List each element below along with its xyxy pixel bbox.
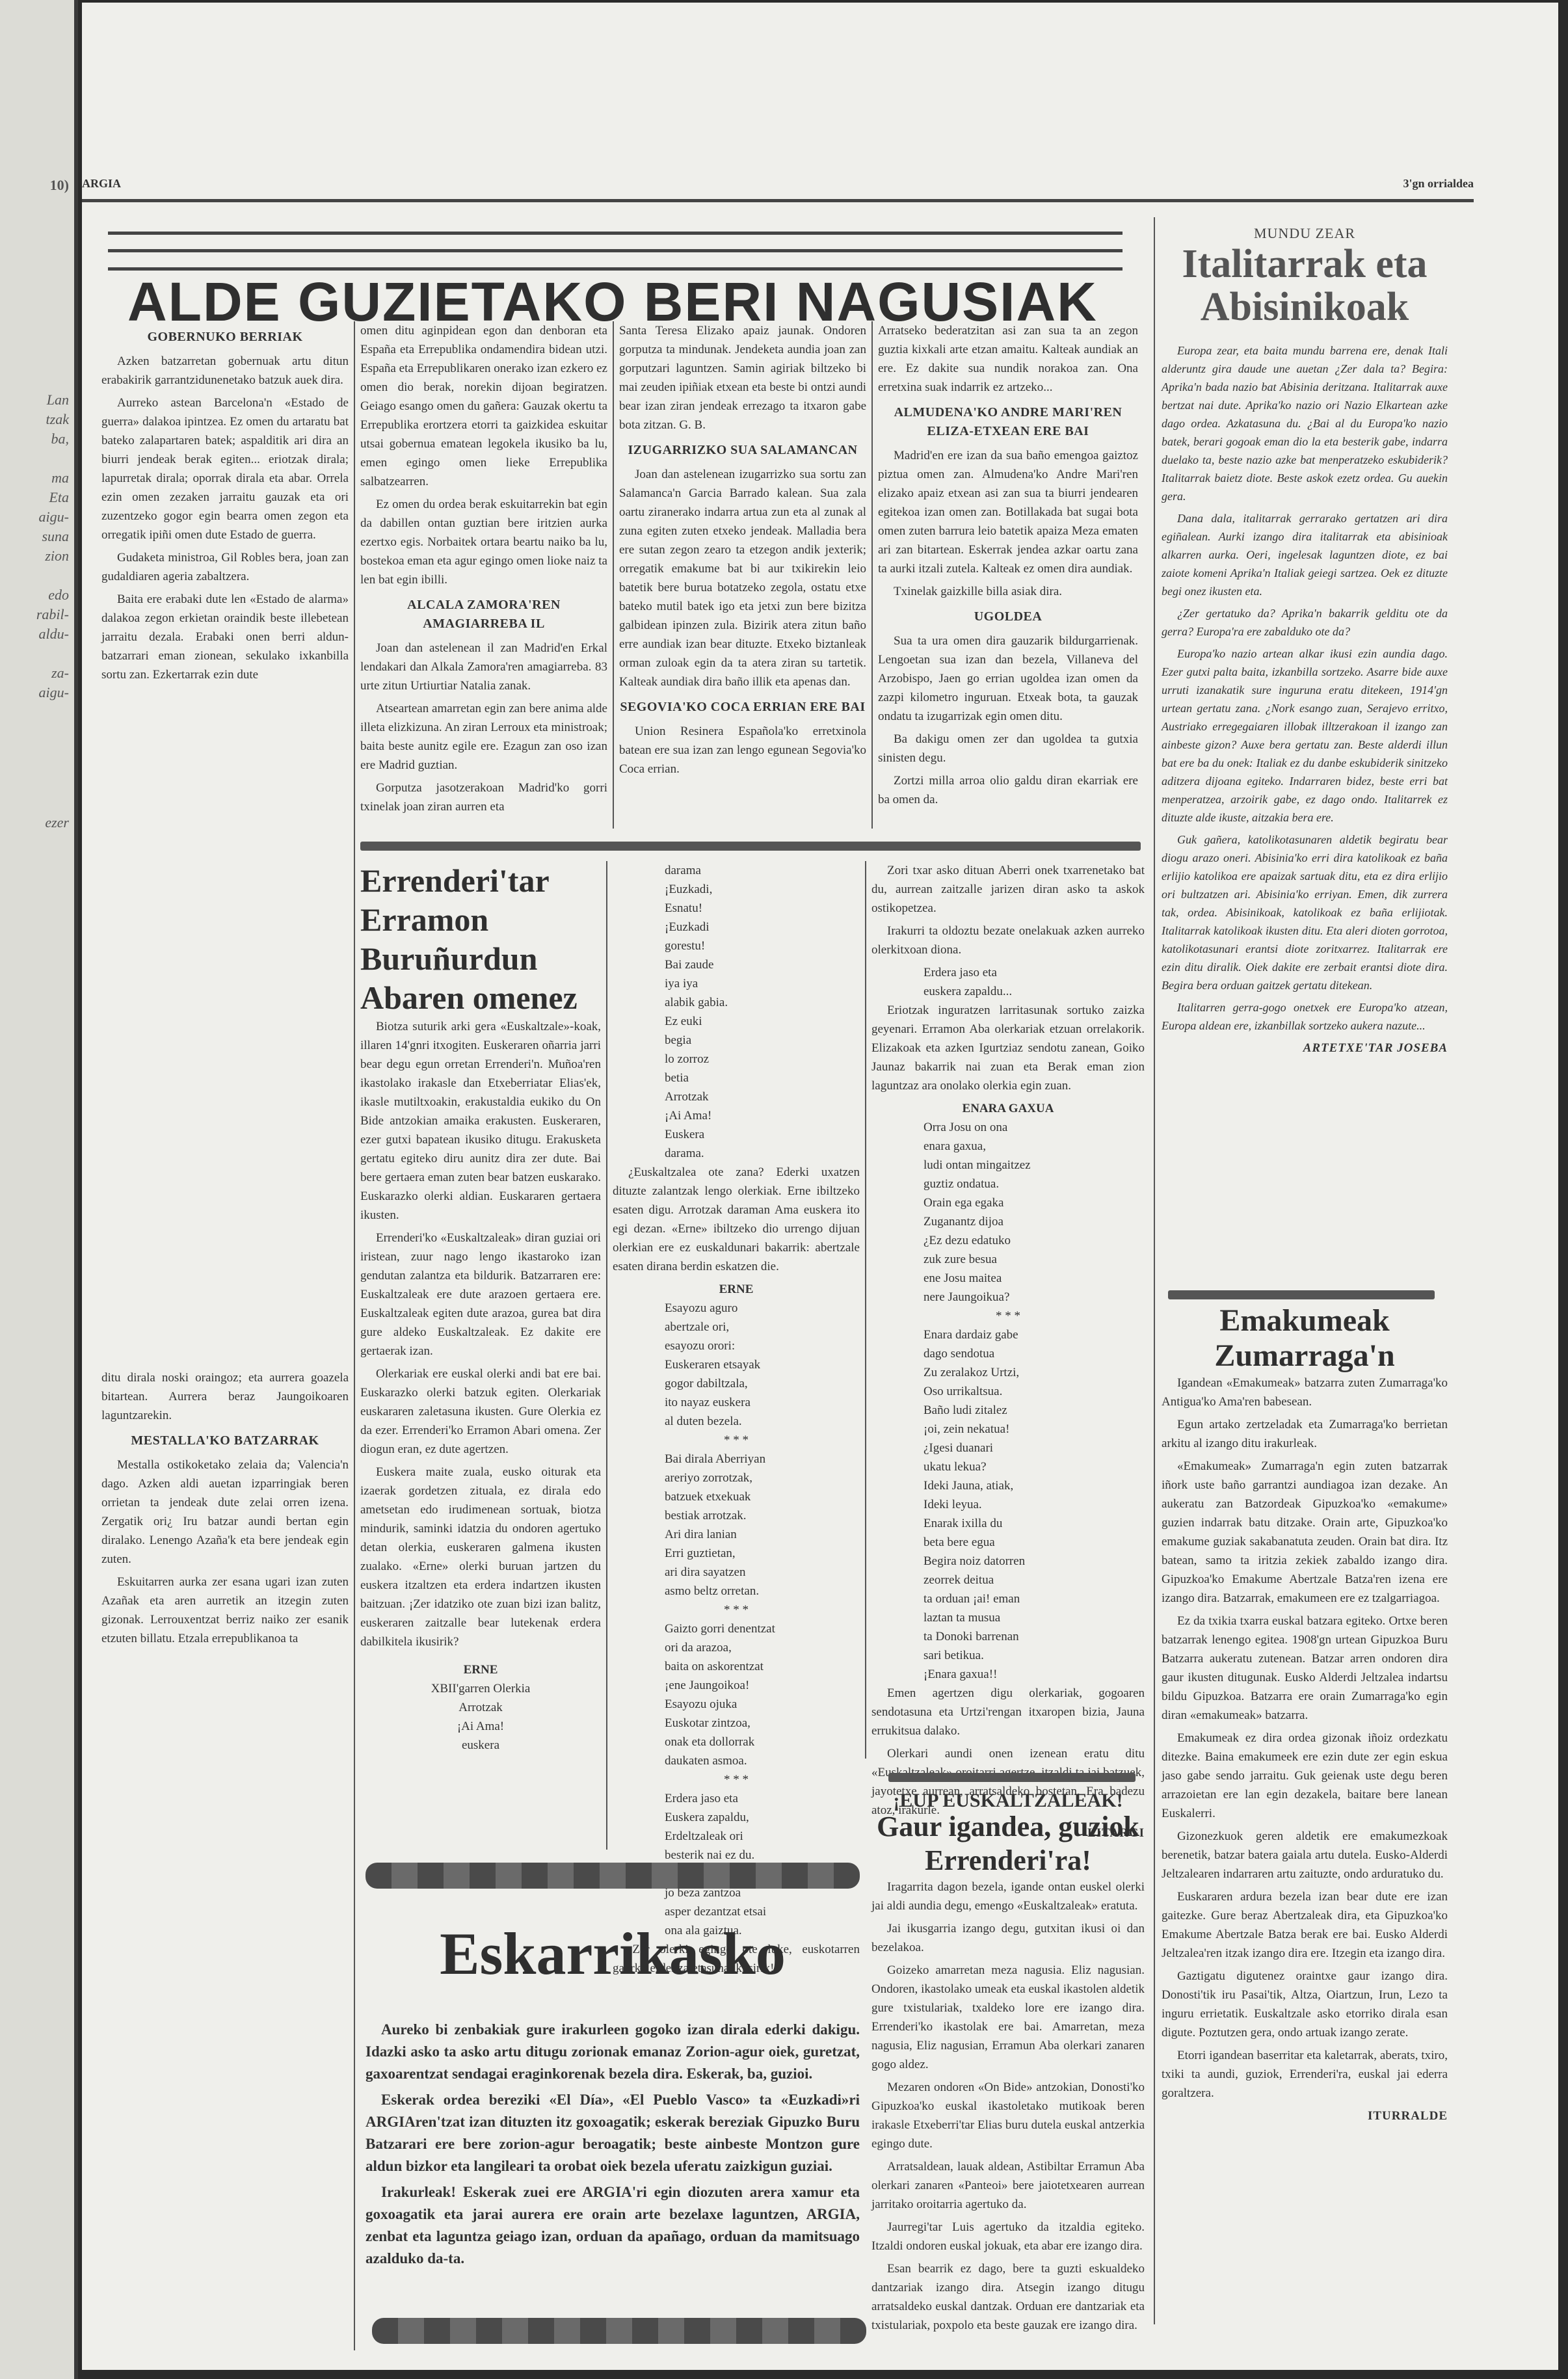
paragraph: «Emakumeak» Zumarraga'n egin zuten batza… — [1162, 1457, 1448, 1608]
paragraph: Europa zear, eta baita mundu barrena ere… — [1162, 341, 1448, 505]
paragraph: Italitarren gerra-gogo onetxek ere Europ… — [1162, 998, 1448, 1035]
paragraph: Guk gañera, katolikotasunaren aldetik be… — [1162, 831, 1448, 994]
stanza-divider: * * * — [613, 1431, 860, 1450]
section-kicker: ¡EUP EUSKALTZALEAK! — [871, 1791, 1145, 1810]
header-rule — [82, 199, 1474, 202]
section-heading: IZUGARRIZKO SUA SALAMANCAN — [619, 441, 866, 460]
paragraph: Dana dala, italitarrak gerrarako gertatz… — [1162, 509, 1448, 600]
poem-title: ENARA GAXUA — [871, 1099, 1145, 1118]
paragraph: Madrid'en ere izan da sua baño emengoa g… — [878, 446, 1138, 578]
paragraph: Baita ere erabaki dute len «Estado de al… — [101, 590, 349, 684]
author-signature: ITURRALDE — [1162, 2107, 1448, 2125]
publication-name: ARGIA — [82, 177, 121, 191]
paragraph: Jaurregi'tar Luis agertuko da itzaldia e… — [871, 2218, 1145, 2255]
column-divider — [871, 321, 873, 829]
banner: ALDE GUZIETAKO BERI NAGUSIAK — [82, 232, 1149, 329]
paragraph: ¿Euskaltzalea ote zana? Ederki uxatzen d… — [613, 1163, 860, 1276]
adjacent-page-fragment: Lan — [47, 390, 69, 410]
poem-stanza: Esayozu aguro abertzale ori, esayozu oro… — [613, 1299, 860, 1431]
paragraph: Euskera maite zuala, eusko oiturak eta i… — [360, 1463, 601, 1651]
paragraph: Union Resinera Española'ko erretxinola b… — [619, 722, 866, 778]
article-body: Europa zear, eta baita mundu barrena ere… — [1162, 341, 1448, 1035]
paragraph: Europa'ko nazio artean alkar ikusi ezin … — [1162, 645, 1448, 827]
poem-caption: ¡Ai Ama! — [360, 1717, 601, 1736]
paragraph: Aureko bi zenbakiak gure irakurleen gogo… — [365, 2019, 860, 2085]
column-alcala: omen ditu aginpidean egon dan denboran e… — [360, 321, 607, 820]
page-label: 3'gn orrialdea — [1403, 177, 1474, 191]
article-title-line: Italitarrak eta — [1162, 243, 1448, 286]
paragraph: Mezaren ondoren «On Bide» antzokian, Don… — [871, 2078, 1145, 2153]
wave-ornament — [365, 1863, 860, 1889]
column-divider — [613, 321, 614, 829]
section-divider-bar — [360, 842, 1141, 851]
paragraph: Esan bearrik ez dago, bere ta guzti esku… — [871, 2259, 1145, 2335]
paragraph: ditu dirala noski oraingoz; eta aurrera … — [101, 1368, 349, 1425]
poem-title: ERNE — [360, 1660, 601, 1679]
paragraph: Gorputza jasotzerakoan Madrid'ko gorri t… — [360, 778, 607, 816]
column-enara-gaxua: Zori txar asko dituan Aberri onek txarre… — [871, 861, 1145, 1842]
wave-ornament — [372, 2318, 866, 2344]
paragraph: Sua ta ura omen dira gauzarik bildurgarr… — [878, 631, 1138, 726]
section-heading: MESTALLA'KO BATZARRAK — [101, 1431, 349, 1450]
poem-title: ERNE — [613, 1280, 860, 1299]
poem-stanza: darama ¡Euzkadi, Esnatu! ¡Euzkadi gorest… — [613, 861, 860, 1163]
section-kicker: MUNDU ZEAR — [1162, 224, 1448, 243]
adjacent-page-margin: 10) Lan tzak ba, ma Eta aigu- suna zion … — [0, 0, 78, 2379]
paragraph: Eskuitarren aurka zer esana ugari izan z… — [101, 1573, 349, 1648]
section-heading: ALCALA ZAMORA'REN AMAGIARREBA IL — [360, 596, 607, 633]
paragraph: Gudaketa ministroa, Gil Robles bera, joa… — [101, 548, 349, 586]
adjacent-page-number: 10) — [50, 176, 69, 195]
section-divider-bar — [888, 1773, 1136, 1782]
paragraph: Iragarrita dagon bezela, igande ontan eu… — [871, 1878, 1145, 1915]
paragraph: Azken batzarretan gobernuak artu ditun e… — [101, 352, 349, 390]
paragraph: Santa Teresa Elizako apaiz jaunak. Ondor… — [619, 321, 866, 434]
adjacent-page-fragment: zion — [45, 546, 69, 566]
paragraph: Eriotzak inguratzen larritasunak sortuko… — [871, 1001, 1145, 1095]
paragraph: Arratseko bederatzitan asi zan sua ta an… — [878, 321, 1138, 397]
adjacent-page-fragment: za- — [51, 663, 69, 683]
column-mestalla: ditu dirala noski oraingoz; eta aurrera … — [101, 1368, 349, 1652]
paragraph: Aurreko astean Barcelona'n «Estado de gu… — [101, 393, 349, 544]
section-heading: GOBERNUKO BERRIAK — [101, 328, 349, 347]
adjacent-page-fragment: aigu- — [39, 507, 69, 527]
stanza-divider: * * * — [613, 1770, 860, 1789]
section-heading: ALMUDENA'KO ANDRE MARI'REN ELIZA-ETXEAN … — [878, 403, 1138, 441]
article-title: Gaur igandea, guziok Errenderi'ra! — [871, 1810, 1145, 1878]
article-title-line: Abisinikoak — [1162, 286, 1448, 328]
adjacent-page-fragment: aldu- — [39, 624, 69, 644]
section-heading: UGOLDEA — [878, 607, 1138, 626]
article-title: Emakumeak Zumarraga'n — [1162, 1303, 1448, 1374]
poem-stanza: Enarak ixilla du beta bere egua Begira n… — [871, 1514, 1145, 1684]
column-almudena: Arratseko bederatzitan asi zan sua ta an… — [878, 321, 1138, 813]
paragraph: Olerkariak ere euskal olerki andi bat er… — [360, 1364, 601, 1459]
adjacent-page-fragment: ezer — [45, 813, 69, 832]
paragraph: Zortzi milla arroa olio galdu diran ekar… — [878, 771, 1138, 809]
article-title: Eskarrikasko — [365, 1915, 860, 1993]
poem-stanza: Bai dirala Aberriyan areriyo zorrotzak, … — [613, 1450, 860, 1601]
poem-stanza: Enara dardaiz gabe dago sendotua Zu zera… — [871, 1325, 1145, 1514]
author-signature: ARTETXE'TAR JOSEBA — [1162, 1039, 1448, 1057]
column-salamanca: Santa Teresa Elizako apaiz jaunak. Ondor… — [619, 321, 866, 782]
adjacent-page-fragment: rabil- — [36, 605, 69, 624]
column-erne-poem: darama ¡Euzkadi, Esnatu! ¡Euzkadi gorest… — [613, 861, 860, 1982]
column-emakumeak: Emakumeak Zumarraga'n Igandean «Emakumea… — [1162, 1303, 1448, 2125]
paragraph: Irakurleak! Eskerak zuei ere ARGIA'ri eg… — [365, 2181, 860, 2270]
paragraph: Igandean «Emakumeak» batzarra zuten Zuma… — [1162, 1374, 1448, 1411]
paragraph: Gizonezkuok geren aldetik ere emakumezko… — [1162, 1827, 1448, 1883]
section-divider-bar — [1168, 1290, 1435, 1299]
paragraph: Goizeko amarretan meza nagusia. Eliz nag… — [871, 1961, 1145, 2074]
paragraph: Joan dan astelenean il zan Madrid'en Erk… — [360, 639, 607, 695]
paragraph: Ez omen du ordea berak eskuitarrekin bat… — [360, 495, 607, 589]
column-divider — [1154, 217, 1155, 2324]
paragraph: Arratsaldean, lauak aldean, Astibiltar E… — [871, 2157, 1145, 2214]
section-heading: SEGOVIA'KO COCA ERRIAN ERE BAI — [619, 698, 866, 717]
poem-caption: XBII'garren Olerkia — [360, 1679, 601, 1698]
paragraph: Emen agertzen digu olerkariak, gogoaren … — [871, 1684, 1145, 1740]
adjacent-page-fragment: aigu- — [39, 683, 69, 702]
paragraph: Gaztigatu digutenez oraintxe gaur izango… — [1162, 1967, 1448, 2042]
paragraph: Ez da txikia txarra euskal batzara egite… — [1162, 1612, 1448, 1725]
adjacent-page-fragment: ba, — [51, 429, 70, 449]
paragraph: Atseartean amarretan egin zan bere anima… — [360, 699, 607, 775]
adjacent-page-fragment: tzak — [46, 410, 69, 429]
banner-ornament-lines — [108, 232, 1123, 271]
paragraph: Etorri igandean baserritar eta kaletarra… — [1162, 2046, 1448, 2103]
paragraph: Txinelak gaizkille billa asiak dira. — [878, 582, 1138, 601]
newspaper-page: ARGIA 3'gn orrialdea ALDE GUZIETAKO BERI… — [82, 3, 1558, 2370]
paragraph: Mestalla ostikoketako zelaia da; Valenci… — [101, 1455, 349, 1569]
column-erramon: Errenderi'tar Erramon Buruñurdun Abaren … — [360, 861, 601, 1755]
paragraph: Egun artako zertzeladak eta Zumarraga'ko… — [1162, 1415, 1448, 1453]
paragraph: Joan dan astelenean izugarrizko sua sort… — [619, 465, 866, 691]
adjacent-page-fragment: suna — [42, 527, 69, 546]
paragraph: Eskerak ordea bereziki «El Día», «El Pue… — [365, 2089, 860, 2177]
poem-stanza: Gaizto gorri denentzat ori da arazoa, ba… — [613, 1619, 860, 1770]
paragraph: Emakumeak ez dira ordea gizonak iñoiz or… — [1162, 1729, 1448, 1823]
column-mundu-zear: MUNDU ZEAR Italitarrak eta Abisinikoak E… — [1162, 224, 1448, 1057]
paragraph: omen ditu aginpidean egon dan denboran e… — [360, 321, 607, 491]
column-gobernuko: GOBERNUKO BERRIAK Azken batzarretan gobe… — [101, 321, 349, 688]
poem-quote: Erdera jaso eta euskera zapaldu... — [871, 963, 1145, 1001]
paragraph: Jai ikusgarria izango degu, gutxitan iku… — [871, 1919, 1145, 1957]
column-eup-euskaltzaleak: ¡EUP EUSKALTZALEAK! Gaur igandea, guziok… — [871, 1791, 1145, 2339]
paragraph: Ba dakigu omen zer dan ugoldea ta gutxia… — [878, 730, 1138, 767]
running-head: ARGIA 3'gn orrialdea — [82, 177, 1474, 191]
adjacent-page-fragment: edo — [48, 585, 69, 605]
paragraph: Errenderi'ko «Euskaltzaleak» diran guzia… — [360, 1229, 601, 1361]
poem-stanza: Orra Josu on ona enara gaxua, ludi ontan… — [871, 1118, 1145, 1307]
poem-caption: Arrotzak — [360, 1698, 601, 1717]
paragraph: Biotza suturik arki gera «Euskaltzale»-k… — [360, 1017, 601, 1225]
paragraph: Euskararen ardura bezela izan bear dute … — [1162, 1887, 1448, 1963]
column-divider — [354, 321, 355, 2350]
column-divider — [606, 861, 607, 1850]
article-title: Errenderi'tar Erramon Buruñurdun Abaren … — [360, 861, 601, 1017]
paragraph: ¿Zer gertatuko da? Aprika'n bakarrik gel… — [1162, 604, 1448, 641]
paragraph: Zori txar asko dituan Aberri onek txarre… — [871, 861, 1145, 918]
paragraph: Irakurri ta oldoztu bezate onelakuak azk… — [871, 922, 1145, 959]
column-eskarrikasko: Eskarrikasko Aureko bi zenbakiak gure ir… — [365, 1902, 860, 2274]
poem-caption: euskera — [360, 1736, 601, 1755]
adjacent-page-fragment: ma — [51, 468, 69, 488]
adjacent-page-fragment: Eta — [49, 488, 69, 507]
stanza-divider: * * * — [871, 1307, 1145, 1325]
stanza-divider: * * * — [613, 1601, 860, 1619]
column-divider — [865, 861, 866, 1759]
